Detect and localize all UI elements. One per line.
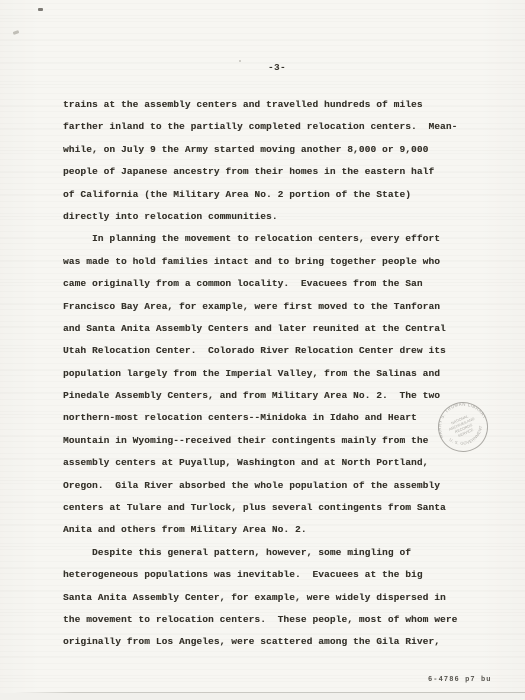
text-line: and Santa Anita Assembly Centers and lat… [63, 318, 473, 340]
text-line: assembly centers at Puyallup, Washington… [63, 452, 473, 474]
text-line: Utah Relocation Center. Colorado River R… [63, 340, 473, 362]
text-line: people of Japanese ancestry from their h… [63, 161, 473, 183]
text-line: while, on July 9 the Army started moving… [63, 139, 473, 161]
text-line: northern-most relocation centers--Minido… [63, 407, 473, 429]
text-line: Pinedale Assembly Centers, and from Mili… [63, 385, 473, 407]
scan-speck [13, 30, 20, 35]
text-line: the movement to relocation centers. Thes… [63, 609, 473, 631]
text-line: came originally from a common locality. … [63, 273, 473, 295]
text-line: Santa Anita Assembly Center, for example… [63, 587, 473, 609]
text-line: Oregon. Gila River absorbed the whole po… [63, 475, 473, 497]
text-line: originally from Los Angeles, were scatte… [63, 631, 473, 653]
text-line: centers at Tulare and Turlock, plus seve… [63, 497, 473, 519]
document-page: -3- trains at the assembly centers and t… [0, 0, 525, 700]
document-body: trains at the assembly centers and trave… [63, 94, 473, 654]
text-line: Despite this general pattern, however, s… [63, 542, 473, 564]
scan-speck [38, 8, 43, 11]
text-line: In planning the movement to relocation c… [63, 228, 473, 250]
text-line: heterogeneous populations was inevitable… [63, 564, 473, 586]
text-line: trains at the assembly centers and trave… [63, 94, 473, 116]
page-number: -3- [268, 62, 286, 73]
footer-code: 6-4786 p7 bu [428, 676, 492, 684]
text-line: Francisco Bay Area, for example, were fi… [63, 296, 473, 318]
text-line: was made to hold families intact and to … [63, 251, 473, 273]
text-line: population largely from the Imperial Val… [63, 363, 473, 385]
text-line: Anita and others from Military Area No. … [63, 519, 473, 541]
page-bottom-margin [0, 693, 525, 700]
text-line: farther inland to the partially complete… [63, 116, 473, 138]
text-line: Mountain in Wyoming--received their cont… [63, 430, 473, 452]
scan-speck [239, 60, 241, 62]
text-line: directly into relocation communities. [63, 206, 473, 228]
text-line: of California (the Military Area No. 2 p… [63, 184, 473, 206]
